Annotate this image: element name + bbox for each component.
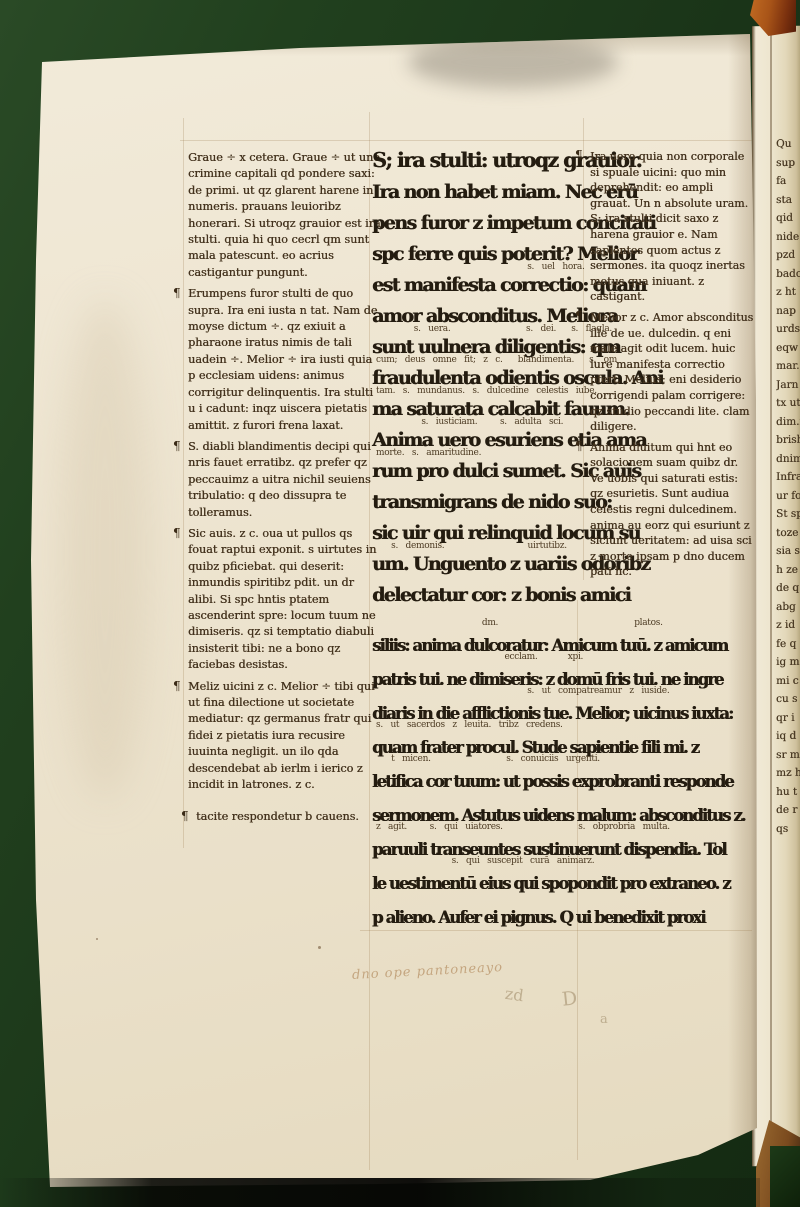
gloss-paragraph: ¶ S. diabli blandimentis decipi qui nris… [188, 439, 382, 521]
next-page-text-fragment: z ht [776, 286, 800, 305]
gloss-paragraph: Graue ÷ x cetera. Graue ÷ ut uno crimine… [188, 150, 382, 281]
interlinear-gloss: s. iusticiam. s. adulta sci. [376, 417, 563, 427]
gloss-paragraph: ¶ Ira uero quia non corporale si spuale … [590, 149, 754, 305]
interlinear-gloss: cum; deus omne fit; z c. blandimenta. s.… [376, 355, 617, 365]
next-page-text-fragment: pzd [776, 249, 800, 268]
next-page-text-fragment: dim.f [776, 415, 800, 434]
main-text-line: z agit. s. qui uiatores. s. obprobria mu… [372, 826, 758, 860]
interlinear-gloss: dm. platos. [376, 618, 663, 628]
next-page-text-fragment: hu t [776, 785, 800, 804]
paragraph-mark-icon: ¶ [173, 285, 181, 301]
gloss-paragraph: ¶ Erumpens furor stulti de quo supra. Ir… [188, 286, 382, 434]
next-page-text-fragment: h ze [776, 563, 800, 582]
next-page-text-fragment: mi c [776, 674, 800, 693]
next-page-text-fragment: qr i [776, 711, 800, 730]
next-page-text-fragment: ur fo [776, 489, 800, 508]
next-page-text-fragment: Infra [776, 471, 800, 490]
gloss-paragraph-text: Graue ÷ x cetera. Graue ÷ ut uno crimine… [188, 151, 381, 279]
table-shadow [0, 1178, 760, 1207]
pen-doodle: D [561, 987, 578, 1010]
paragraph-mark-icon: ¶ [575, 439, 583, 455]
main-text-line: s. ut compatreamur z iuside. diaris in d… [372, 690, 758, 724]
main-text-line: dm. platos. siliis: anima dulcoratur: Am… [372, 622, 758, 656]
paragraph-mark-icon: ¶ [181, 808, 189, 824]
interlinear-gloss: ecclam. xpi. [376, 652, 583, 662]
paragraph-mark-icon: ¶ [575, 309, 583, 325]
interlinear-gloss: s. qui suscepit curā animarz. [376, 856, 594, 866]
main-text-line: s. ut sacerdos z leuita. tribz credens. … [372, 724, 758, 758]
next-page-text-fragment: bado [776, 267, 800, 286]
main-text-line: s. qui suscepit curā animarz. le uestime… [372, 860, 758, 894]
main-text-line: sermonem. Astutus uidens malum: abscondi… [372, 792, 758, 826]
interlinear-gloss: s. uera. s. dei. s. flagla. [376, 324, 612, 334]
next-page-text-fragment: fa [776, 175, 800, 194]
main-text-line-text: letifica cor tuum: ut possis exprobranti… [372, 772, 733, 791]
manuscript-photo: Qusupfastaqidnidepzdbadoz htnapurdseqwma… [0, 0, 800, 1207]
interlinear-gloss: morte. s. amaritudine. [376, 448, 481, 458]
interlinear-gloss: s. ut compatreamur z iuside. [376, 686, 669, 696]
interlinear-gloss: s. demonis. uirtutibz. [376, 541, 567, 551]
page-top-shadow [30, 30, 760, 56]
next-page-text-fragment: sta [776, 193, 800, 212]
cloth-corner [770, 1146, 800, 1207]
pen-doodle: a [600, 1012, 608, 1027]
next-page-text-fragment: urds [776, 323, 800, 342]
interlinear-gloss: z agit. s. qui uiatores. s. obprobria mu… [376, 822, 670, 832]
ruling-line [180, 140, 752, 141]
interlinear-gloss: s. ut sacerdos z leuita. tribz credens. [376, 720, 563, 730]
next-page-text-fragment: eqw [776, 341, 800, 360]
next-page-text-fragment: qs [776, 822, 800, 841]
next-page-text-fragment: cu s [776, 693, 800, 712]
ruling-line [183, 118, 184, 848]
gloss-paragraph: ¶ Anima diuitum qui hnt eo solacionem su… [590, 440, 754, 580]
main-text-line-text: transmigrans de nido suo: [372, 491, 611, 513]
paragraph-mark-icon: ¶ [173, 525, 181, 541]
next-page-text-column: Qusupfastaqidnidepzdbadoz htnapurdseqwma… [776, 138, 800, 841]
parchment-stain [60, 300, 150, 800]
right-gloss-column: ¶ Ira uero quia non corporale si spuale … [590, 149, 754, 585]
gloss-paragraph: ¶ tacite respondetur b cauens. [196, 809, 382, 825]
interlinear-gloss: t micen. s. conuiciis urgenti. [376, 754, 600, 764]
next-page-text-fragment: de r [776, 804, 800, 823]
next-page-text-fragment: sia s [776, 545, 800, 564]
gloss-paragraph-text: Erumpens furor stulti de quo supra. Ira … [188, 287, 377, 431]
main-text-line: p alieno. Aufer ei pignus. Q ui benedixi… [372, 894, 758, 928]
main-text-line-text: delectatur cor: z bonis amici [372, 584, 630, 606]
parchment-stain [408, 36, 618, 88]
paragraph-mark-icon: ¶ [173, 678, 181, 694]
main-text-line-text: le uestimentū eius qui spopondit pro ext… [372, 874, 730, 893]
next-page-text-fragment: abg [776, 600, 800, 619]
gloss-paragraph: ¶ Sic auis. z c. oua ut pullos qs fouat … [188, 526, 382, 674]
gloss-paragraph-text: Meliz uicini z c. Melior ÷ tibi qui ut f… [188, 680, 375, 791]
main-text-line-text: p alieno. Aufer ei pignus. Q ui benedixi… [372, 908, 705, 927]
next-page-text-fragment: qid [776, 212, 800, 231]
manuscript-page: Graue ÷ x cetera. Graue ÷ ut uno crimine… [0, 0, 800, 1207]
gloss-paragraph-text: Melior z c. Amor absconditus ille de ue.… [590, 311, 753, 433]
next-page-text-fragment: mz h [776, 767, 800, 786]
gloss-paragraph-text: Anima diuitum qui hnt eo solacionem suam… [590, 441, 752, 579]
main-text-lower-block: dm. platos. siliis: anima dulcoratur: Am… [372, 622, 758, 928]
paragraph-mark-icon: ¶ [173, 438, 181, 454]
next-page-text-fragment: sr m [776, 748, 800, 767]
next-page-text-fragment: Jarn [776, 378, 800, 397]
interlinear-gloss: tam. s. mundanus. s. dulcedine celestis … [376, 386, 597, 396]
gloss-paragraph-text: S. diabli blandimentis decipi qui nris f… [188, 440, 371, 519]
ink-speck [96, 938, 98, 940]
gloss-paragraph: ¶ Melior z c. Amor absconditus ille de u… [590, 310, 754, 435]
next-page-text-fragment: dnim [776, 452, 800, 471]
next-page-text-fragment: fe q [776, 637, 800, 656]
next-page-edge: Qusupfastaqidnidepzdbadoz htnapurdseqwma… [752, 26, 800, 1167]
ink-speck [318, 946, 321, 949]
next-page-text-fragment: brish [776, 434, 800, 453]
next-page-text-fragment: mar. [776, 360, 800, 379]
next-page-text-fragment: Qu [776, 138, 800, 157]
gloss-paragraph: ¶ Meliz uicini z c. Melior ÷ tibi qui ut… [188, 679, 382, 794]
main-text-line: ecclam. xpi. patris tui. ne dimiseris: z… [372, 656, 758, 690]
next-page-text-fragment: ig m [776, 656, 800, 675]
next-page-text-fragment: de q [776, 582, 800, 601]
next-page-text-fragment: z id [776, 619, 800, 638]
pen-doodle: zd [504, 984, 525, 1005]
next-page-text-fragment: toze [776, 526, 800, 545]
gloss-paragraph-text: tacite respondetur b cauens. [196, 810, 359, 823]
pen-trial-inscription: dno ope pantoneayo [352, 960, 504, 983]
paragraph-mark-icon: ¶ [575, 148, 583, 164]
next-page-text-fragment: nide [776, 230, 800, 249]
gloss-paragraph-text: Ira uero quia non corporale si spuale ui… [590, 150, 748, 303]
next-page-text-fragment: iq d [776, 730, 800, 749]
ruling-line [360, 930, 752, 931]
page-crease [770, 26, 772, 1166]
next-page-text-fragment: tx ut [776, 397, 800, 416]
interlinear-gloss: s. uel hora. [376, 262, 585, 272]
next-page-text-fragment: sup [776, 156, 800, 175]
main-text-line: t micen. s. conuiciis urgenti. letifica … [372, 758, 758, 792]
next-page-text-fragment: St spe [776, 508, 800, 527]
next-page-text-fragment: nap [776, 304, 800, 323]
gloss-paragraph-text: Sic auis. z c. oua ut pullos qs fouat ra… [188, 527, 376, 671]
left-gloss-column: Graue ÷ x cetera. Graue ÷ ut uno crimine… [188, 150, 382, 831]
